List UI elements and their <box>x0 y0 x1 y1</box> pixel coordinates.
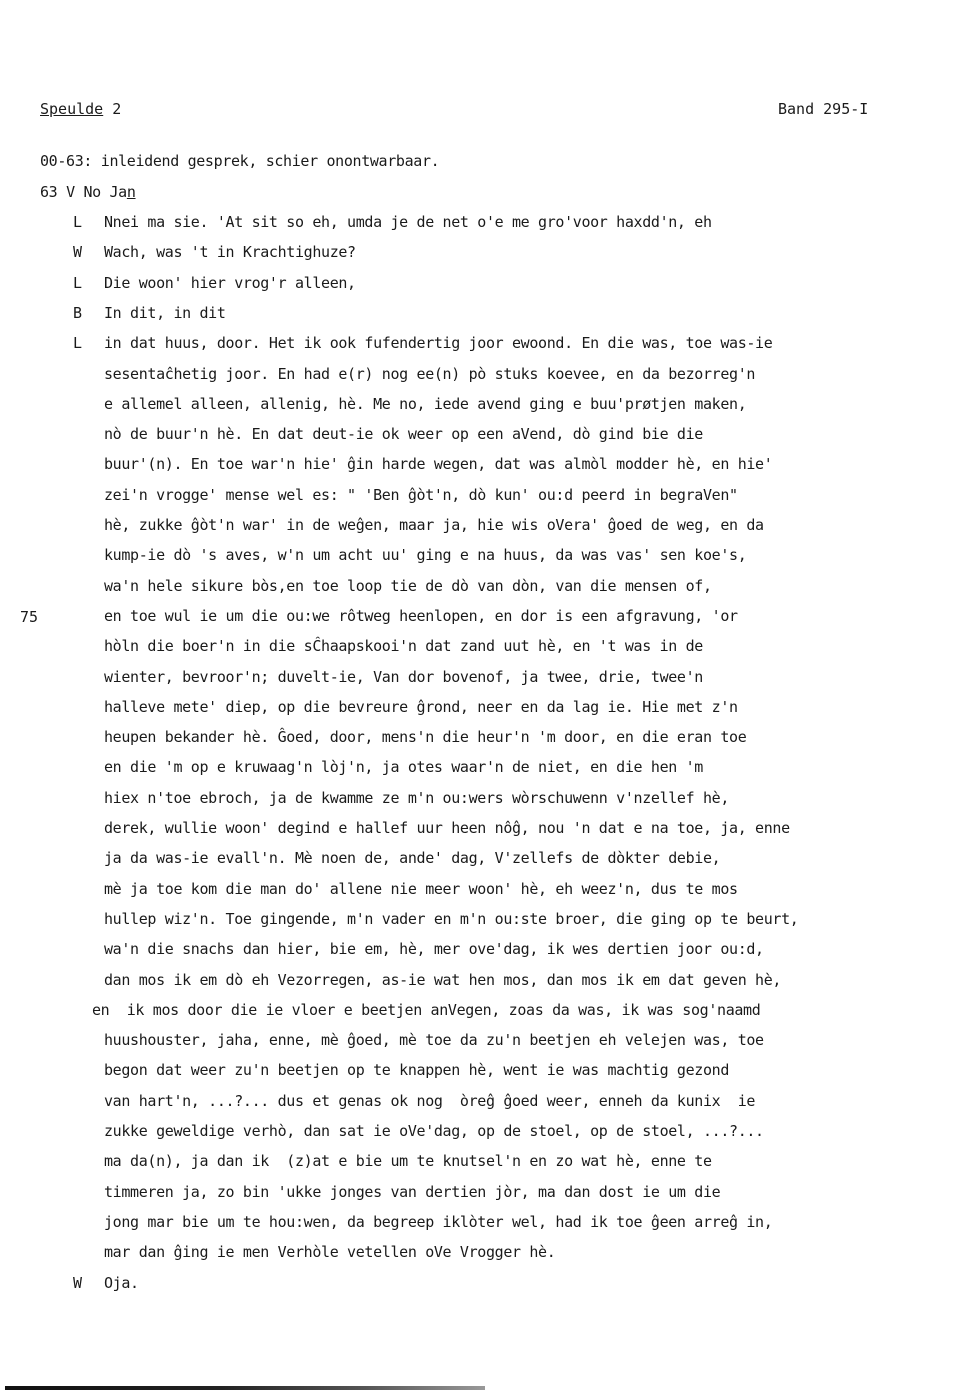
first-entry-text: No Ja <box>83 183 126 201</box>
transcript-line: hè, zukke ĝòt'n war' in de weĝen, maar j… <box>104 516 764 534</box>
first-entry-underlined: n <box>127 183 136 201</box>
speaker-label: L <box>73 334 82 352</box>
transcript-line: hòln die boer'n in die sĈhaapskooi'n dat… <box>104 637 703 655</box>
transcript-line: begon dat weer zu'n beetjen op te knappe… <box>104 1061 729 1079</box>
transcript-line: ma da(n), ja dan ik (z)at e bie um te kn… <box>104 1152 712 1170</box>
speaker-label: L <box>73 274 82 292</box>
transcript-line: buur'(n). En toe war'n hie' ĝin harde we… <box>104 455 772 473</box>
place-number: 2 <box>112 100 121 118</box>
band-label: Band 295-I <box>778 100 868 118</box>
transcript-line: dan mos ik em dò eh Vezorregen, as-ie wa… <box>104 971 781 989</box>
transcript-line: Oja. <box>104 1274 139 1292</box>
transcript-line: Die woon' hier vrog'r alleen, <box>104 274 356 292</box>
transcript-line: van hart'n, ...?... dus et genas ok nog … <box>104 1092 755 1110</box>
margin-counter: 75 <box>20 608 38 626</box>
transcript-line: In dit, in dit <box>104 304 226 322</box>
transcript-line: en toe wul ie um die ou:we rôtweg heenlo… <box>104 607 738 625</box>
first-entry-speaker: V <box>66 183 75 201</box>
bottom-rule <box>5 1386 485 1390</box>
first-entry: 63 V No Jan <box>40 183 136 201</box>
speaker-label: L <box>73 213 82 231</box>
transcript-line: Nnei ma sie. 'At sit so eh, umda je de n… <box>104 213 712 231</box>
transcript-line: zei'n vrogge' mense wel es: " 'Ben ĝòt'n… <box>104 486 738 504</box>
transcript-line: en ik mos door die ie vloer e beetjen an… <box>92 1001 760 1019</box>
transcript-line: wienter, bevroor'n; duvelt-ie, Van dor b… <box>104 668 703 686</box>
intro-line: 00-63: inleidend gesprek, schier onontwa… <box>40 152 439 170</box>
transcript-line: halleve mete' diep, op die bevreure ĝron… <box>104 698 738 716</box>
transcript-line: hullep wiz'n. Toe gingende, m'n vader en… <box>104 910 798 928</box>
transcript-line: hiex n'toe ebroch, ja de kwamme ze m'n o… <box>104 789 729 807</box>
transcript-page: Speulde 2 Band 295-I 00-63: inleidend ge… <box>0 0 973 1394</box>
transcript-line: nò de buur'n hè. En dat deut-ie ok weer … <box>104 425 703 443</box>
transcript-line: in dat huus, door. Het ik ook fufenderti… <box>104 334 772 352</box>
transcript-line: sesentaĉhetig joor. En had e(r) nog ee(n… <box>104 365 755 383</box>
transcript-line: mar dan ĝing ie men Verhòle vetellen oVe… <box>104 1243 555 1261</box>
first-entry-counter: 63 <box>40 183 57 201</box>
speaker-label: B <box>73 304 82 322</box>
transcript-line: e allemel alleen, allenig, hè. Me no, ie… <box>104 395 746 413</box>
transcript-line: wa'n die snachs dan hier, bie em, hè, me… <box>104 940 764 958</box>
transcript-line: huushouster, jaha, enne, mè ĝoed, mè toe… <box>104 1031 764 1049</box>
transcript-line: jong mar bie um te hou:wen, da begreep i… <box>104 1213 772 1231</box>
transcript-line: en die 'm op e kruwaag'n lòj'n, ja otes … <box>104 758 703 776</box>
transcript-line: wa'n hele sikure bòs,en toe loop tie de … <box>104 577 712 595</box>
speaker-label: W <box>73 1274 82 1292</box>
speaker-label: W <box>73 243 82 261</box>
transcript-line: timmeren ja, zo bin 'ukke jonges van der… <box>104 1183 720 1201</box>
transcript-line: derek, wullie woon' degind e hallef uur … <box>104 819 790 837</box>
transcript-line: kump-ie dò 's aves, w'n um acht uu' ging… <box>104 546 746 564</box>
transcript-line: heupen bekander hè. Ĝoed, door, mens'n d… <box>104 728 746 746</box>
transcript-line: mè ja toe kom die man do' allene nie mee… <box>104 880 738 898</box>
transcript-line: ja da was-ie evall'n. Mè noen de, ande' … <box>104 849 720 867</box>
transcript-line: zukke geweldige verhò, dan sat ie oVe'da… <box>104 1122 764 1140</box>
header-place: Speulde 2 <box>40 100 121 118</box>
transcript-line: Wach, was 't in Krachtighuze? <box>104 243 356 261</box>
place-name: Speulde <box>40 100 103 118</box>
